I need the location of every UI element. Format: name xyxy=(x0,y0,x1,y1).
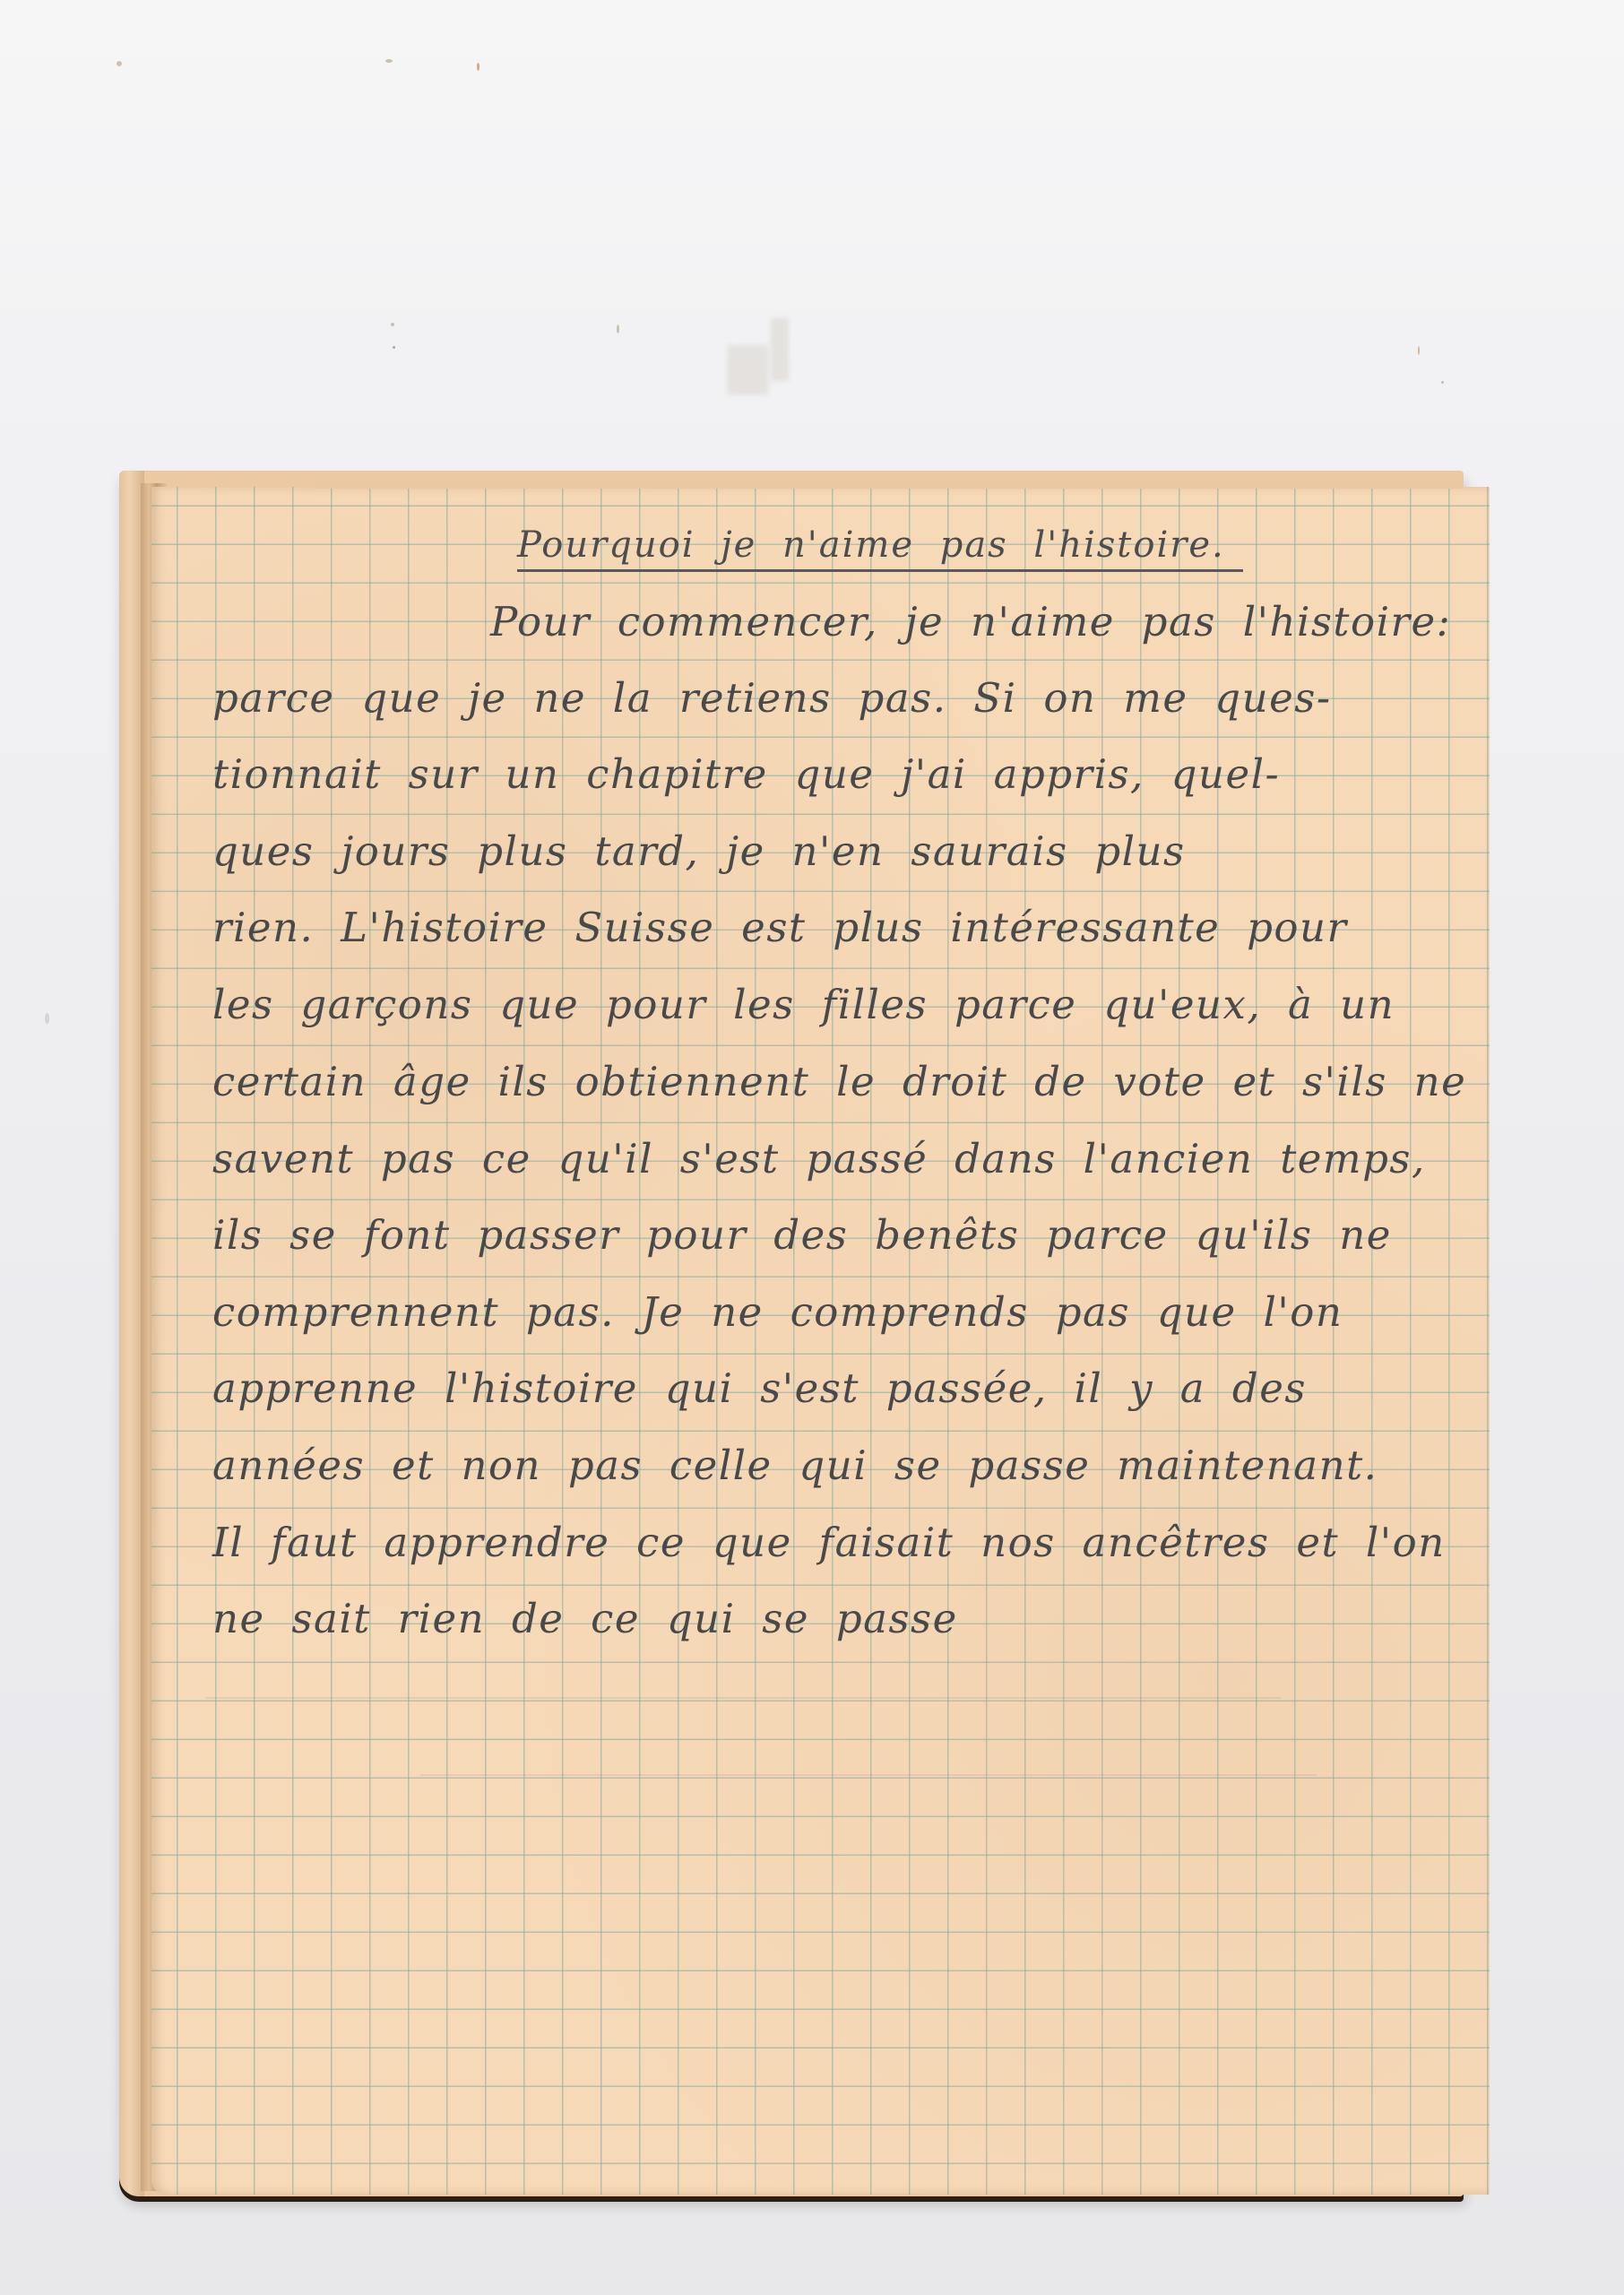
essay-line: années et non pas celle qui se passe mai… xyxy=(212,1445,1378,1485)
essay-line: les garçons que pour les filles parce qu… xyxy=(212,984,1395,1025)
essay-title: Pourquoi je n'aime pas l'histoire. xyxy=(517,524,1243,572)
dust-speck xyxy=(393,346,395,349)
scan-smudge xyxy=(771,318,789,381)
essay-line: comprennent pas. Je ne comprends pas que… xyxy=(212,1292,1343,1332)
scan-smudge xyxy=(728,345,768,394)
essay-line: parce que je ne la retiens pas. Si on me… xyxy=(212,678,1332,718)
essay-line: Il faut apprendre ce que faisait nos anc… xyxy=(212,1522,1446,1563)
essay-line: certain âge ils obtiennent le droit de v… xyxy=(212,1061,1466,1102)
dust-speck xyxy=(117,61,122,66)
essay-line: rien. L'histoire Suisse est plus intéres… xyxy=(212,907,1348,948)
essay-line: tionnait sur un chapitre que j'ai appris… xyxy=(212,754,1280,794)
essay-line: Pour commencer, je n'aime pas l'histoire… xyxy=(490,602,1451,642)
essay-line: savent pas ce qu'il s'est passé dans l'a… xyxy=(212,1139,1426,1179)
dust-speck xyxy=(45,1013,49,1024)
bleed-through-text xyxy=(205,1697,1281,1699)
dust-speck xyxy=(385,59,393,63)
dust-speck xyxy=(391,323,394,326)
dust-speck xyxy=(617,325,619,333)
page-top-edge xyxy=(315,481,1463,489)
essay-line: ne sait rien de ce qui se passe xyxy=(212,1598,958,1639)
essay-line: ils se font passer pour des benêts parce… xyxy=(212,1215,1392,1255)
bleed-through-text xyxy=(420,1774,1317,1776)
dust-speck xyxy=(477,63,479,71)
essay-line: ques jours plus tard, je n'en saurais pl… xyxy=(212,831,1186,871)
essay-line: apprenne l'histoire qui s'est passée, il… xyxy=(212,1368,1307,1408)
notebook-page: Pourquoi je n'aime pas l'histoire. Pour … xyxy=(151,487,1490,2195)
dust-speck xyxy=(1441,381,1444,384)
notebook: Pourquoi je n'aime pas l'histoire. Pour … xyxy=(119,471,1490,2201)
dust-speck xyxy=(1418,346,1420,355)
